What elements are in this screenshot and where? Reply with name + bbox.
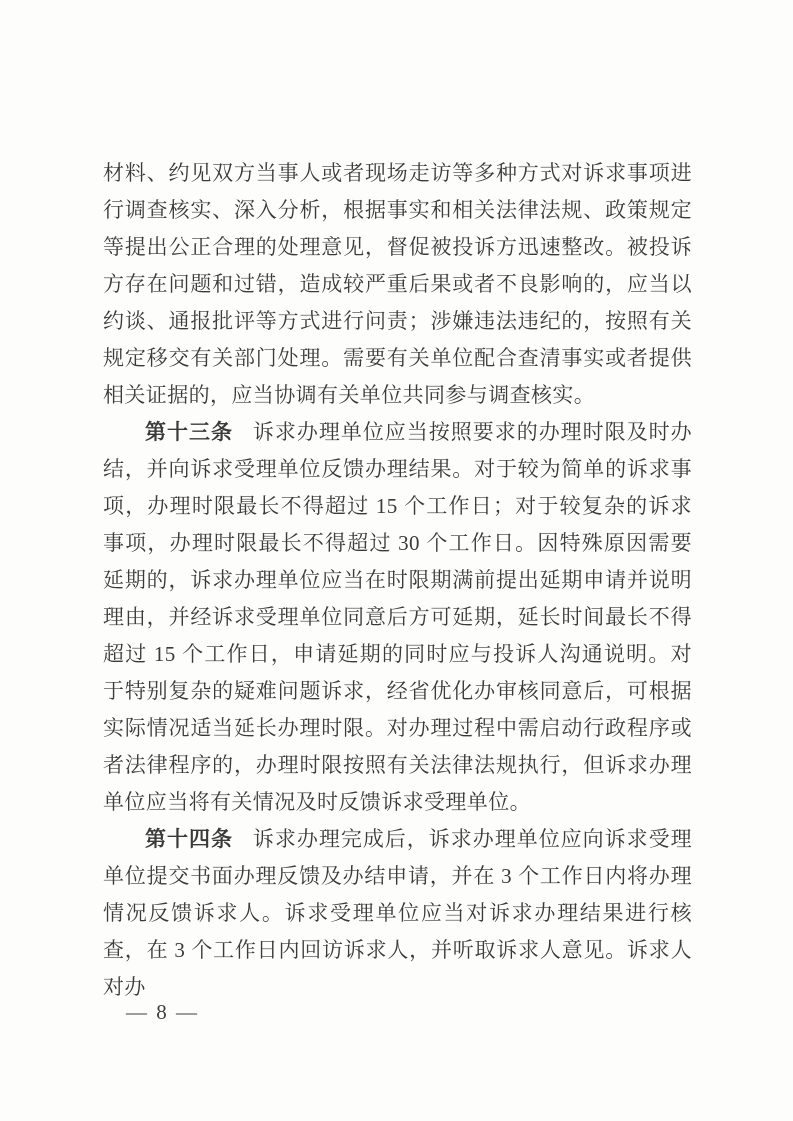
page-number: — 8 —: [126, 997, 199, 1027]
paragraph-head: 第十四条: [145, 827, 233, 851]
paragraph: 材料、约见双方当事人或者现场走访等多种方式对诉求事项进行调查核实、深入分析，根据…: [103, 155, 692, 414]
paragraph-text: 诉求办理单位应当按照要求的办理时限及时办结，并向诉求受理单位反馈办理结果。对于较…: [103, 420, 692, 814]
paragraph: 第十四条诉求办理完成后，诉求办理单位应向诉求受理单位提交书面办理反馈及办结申请，…: [103, 821, 692, 1006]
document-page: 材料、约见双方当事人或者现场走访等多种方式对诉求事项进行调查核实、深入分析，根据…: [0, 0, 793, 1121]
body-text: 材料、约见双方当事人或者现场走访等多种方式对诉求事项进行调查核实、深入分析，根据…: [103, 155, 692, 1006]
paragraph-head: 第十三条: [145, 420, 233, 444]
paragraph-text: 材料、约见双方当事人或者现场走访等多种方式对诉求事项进行调查核实、深入分析，根据…: [103, 161, 692, 407]
paragraph: 第十三条诉求办理单位应当按照要求的办理时限及时办结，并向诉求受理单位反馈办理结果…: [103, 414, 692, 821]
paragraph-text: 诉求办理完成后，诉求办理单位应向诉求受理单位提交书面办理反馈及办结申请，并在 3…: [103, 827, 692, 999]
